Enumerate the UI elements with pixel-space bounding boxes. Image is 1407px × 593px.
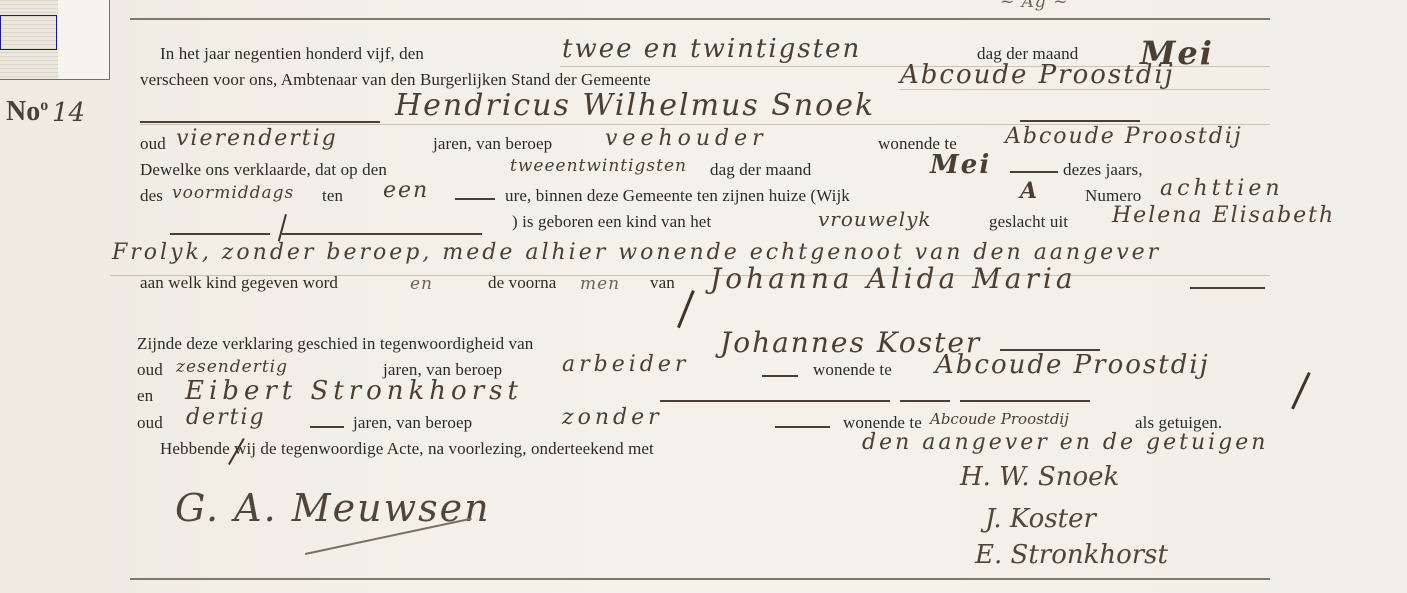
line5-printed-text: Dewelke ons verklaarde, dat op den [140,160,387,180]
fill-line [1190,287,1265,289]
line6-handwritten-wijk: A [1020,178,1039,204]
line13-handwritten-residence: Abcoude Proostdij [930,410,1069,428]
line1-printed-text: In het jaar negentien honderd vijf, den [160,44,424,64]
fill-line [282,233,482,235]
line11-handwritten-age: zesendertig [176,357,288,377]
line9-printed-text: aan welk kind gegeven word [140,273,338,293]
fill-line [455,198,495,200]
signature-declarant: H. W. Snoek [960,462,1119,492]
fill-line [775,426,830,428]
minimap-viewport-indicator[interactable] [0,15,57,50]
line4-printed-oud: oud [140,134,166,154]
line6-handwritten-time-of-day: voormiddags [172,183,294,203]
navigator-minimap[interactable] [0,0,110,80]
fill-line [140,121,380,123]
line13-handwritten-occupation: zonder [562,405,663,430]
line6-printed-ten: ten [322,186,343,206]
line11-handwritten-residence: Abcoude Proostdij [935,350,1210,380]
pen-stroke [278,214,287,242]
top-divider-rule [130,18,1270,20]
line7-printed-text-b: geslacht uit [989,212,1068,232]
line5-printed-month-label: dag der maand [710,160,811,180]
line5-handwritten-month: Mei [930,150,991,180]
pen-stroke [1291,372,1311,410]
fill-line [960,400,1090,402]
pen-stroke [677,290,695,328]
line9-printed-van: van [650,273,675,293]
fill-line [1010,171,1058,173]
line2-printed-text: verscheen voor ons, Ambtenaar van den Bu… [140,70,651,90]
fill-line [660,400,890,402]
fill-line [900,400,950,402]
line6-printed-text-c: ure, binnen deze Gemeente ten zijnen hui… [505,186,850,206]
signature-witness2: E. Stronkhorst [975,540,1168,570]
register-number-value: 14 [52,98,85,128]
line12-printed-en: en [137,386,153,406]
line9-handwritten-suffix-a: en [410,274,433,294]
line9-handwritten-child-names: Johanna Alida Maria [710,262,1077,295]
line13-printed-occupation-label: jaren, van beroep [353,413,472,433]
fill-line [170,233,270,235]
line13-printed-oud: oud [137,413,163,433]
line1-handwritten-day: twee en twintigsten [562,34,861,64]
line13-handwritten-age: dertig [186,405,266,430]
line5-handwritten-day: tweeentwintigsten [510,156,687,176]
signature-witness1: J. Koster [985,504,1096,534]
line11-handwritten-occupation: arbeider [562,352,689,377]
bottom-divider-rule [130,578,1270,580]
image-viewer[interactable]: ~ Ag ~ Noo 14 In het jaar negentien hond… [0,0,1407,593]
line4-handwritten-age: vierendertig [176,126,338,151]
line7-printed-text: ) is geboren een kind van het [512,212,711,232]
line12-handwritten-witness2: Eibert Stronkhorst [185,376,523,406]
line3-handwritten-declarant-name: Hendricus Wilhelmus Snoek [395,88,875,123]
line9-handwritten-suffix-b: men [580,274,620,294]
line7-handwritten-sex: vrouwelyk [818,207,932,231]
line6-handwritten-hour: een [383,178,429,203]
line2-handwritten-municipality: Abcoude Proostdij [900,60,1175,90]
fill-line [1020,120,1140,122]
line4-handwritten-residence: Abcoude Proostdij [1005,124,1243,149]
previous-entry-handwriting-fragment: ~ Ag ~ [1000,0,1068,12]
line5-printed-year-label: dezes jaars, [1063,160,1143,180]
fill-line [310,426,344,428]
line11-printed-oud: oud [137,360,163,380]
line7-handwritten-mother-name: Helena Elisabeth [1112,203,1335,228]
line6-handwritten-numero: achttien [1160,176,1284,201]
line11-printed-residence-label: wonende te [813,360,892,380]
line9-printed-text-b: de voorna [488,273,556,293]
line6-printed-des: des [140,186,163,206]
fill-line [762,375,798,377]
line4-handwritten-occupation: veehouder [605,126,768,151]
line10-printed-text: Zijnde deze verklaring geschied in tegen… [137,334,533,354]
line4-printed-occupation-label: jaren, van beroep [433,134,552,154]
scanned-document-page: ~ Ag ~ Noo 14 In het jaar negentien hond… [0,0,1407,593]
register-number-label: Noo [6,96,48,128]
line14-handwritten-signers: den aangever en de getuigen [862,430,1268,455]
